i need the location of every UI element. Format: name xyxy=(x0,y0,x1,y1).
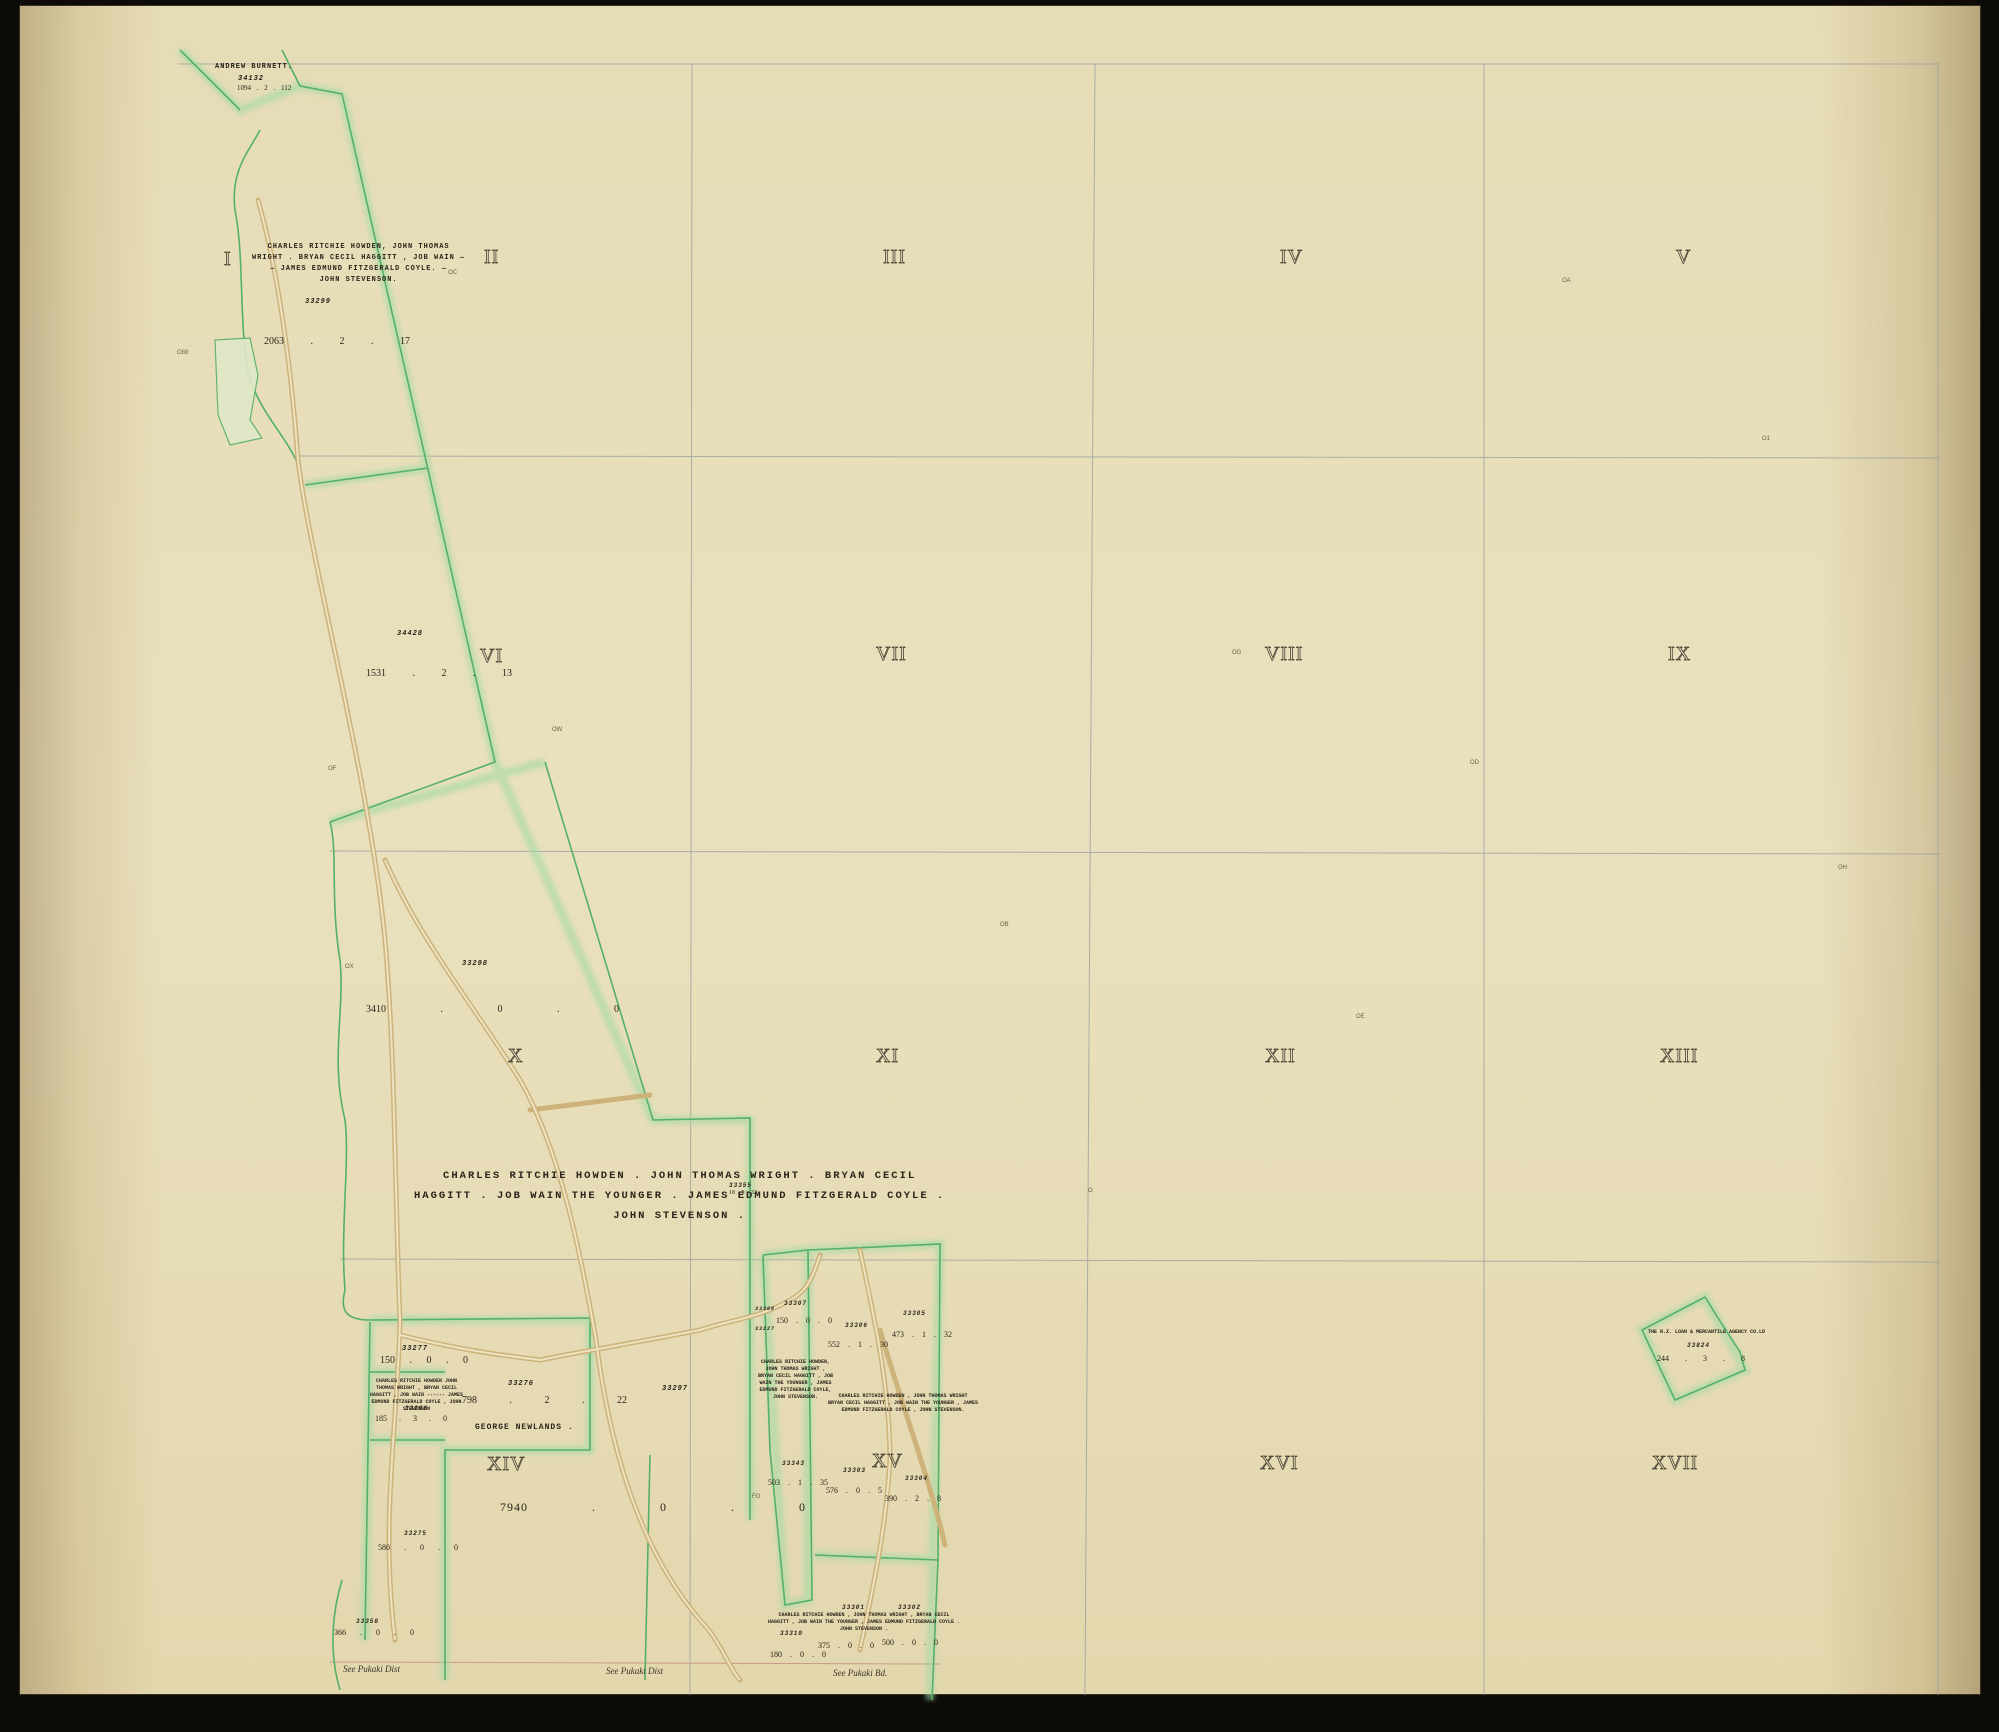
parcel-lot-number: 33355 xyxy=(729,1182,752,1189)
parcel-owner: CHARLES RITCHIE HOWDEN . JOHN THOMAS WRI… xyxy=(414,1166,945,1226)
parcel-owner: ANDREW BURNETT. xyxy=(215,62,293,73)
survey-marker-icon: OH xyxy=(1838,865,1847,871)
parcel-area: 2063 . 2 . 17 xyxy=(264,336,410,347)
survey-marker-icon: FO xyxy=(752,1494,760,1500)
block-label-XIII: XIII xyxy=(1660,1045,1698,1068)
survey-marker-icon: OA xyxy=(1562,278,1571,284)
parcel-area: 244 . 3 . 8 xyxy=(1657,1354,1745,1363)
parcel-lot-number: 33299 xyxy=(305,298,331,306)
block-label-XI: XI xyxy=(876,1045,899,1068)
parcel-area: 150 . 0 . 0 xyxy=(380,1355,468,1366)
block-label-IV: IV xyxy=(1280,246,1303,269)
parcel-lot-number: 33824 xyxy=(1687,1342,1710,1349)
parcel-owner: CHARLES RITCHIE HOWDEN, JOHN THOMAS WRIG… xyxy=(252,242,465,286)
parcel-lot-number: 33358 xyxy=(356,1618,379,1625)
parcel-area: 1531 . 2 . 13 xyxy=(366,668,512,679)
block-label-XII: XII xyxy=(1265,1045,1296,1068)
survey-marker-icon: OD xyxy=(1470,760,1479,766)
parcel-lot-number: 33276 xyxy=(508,1380,534,1388)
parcel-boundaries xyxy=(180,50,1745,1700)
survey-marker-icon: OG xyxy=(1232,650,1241,656)
survey-marker-icon: O88 xyxy=(177,350,188,356)
block-label-VI: VI xyxy=(480,645,503,668)
parcel-lot-number: 33298 xyxy=(462,960,488,968)
parcel-lot-number: 33275 xyxy=(404,1530,427,1537)
parcel-lot-number: 33305 xyxy=(903,1310,926,1317)
survey-marker-icon: OX xyxy=(345,964,354,970)
block-label-IX: IX xyxy=(1668,643,1691,666)
parcel-area: 1094 . 2 . 112 xyxy=(237,84,291,92)
block-label-XIV: XIV xyxy=(487,1453,526,1476)
block-label-III: III xyxy=(883,246,906,269)
roads xyxy=(258,200,945,1680)
block-label-II: II xyxy=(484,246,499,269)
parcel-owner: THE N.Z. LOAN & MERCANTILE AGENCY CO.LD xyxy=(1648,1327,1765,1338)
parcel-lot-number: 33307 xyxy=(784,1300,807,1307)
parcel-lot-number: 33310 xyxy=(780,1630,803,1637)
parcel-owner: CHARLES RITCHIE HOWDEN , JOHN THOMAS WRI… xyxy=(828,1393,978,1414)
inset-parcels xyxy=(215,338,262,445)
block-label-VIII: VIII xyxy=(1265,643,1303,666)
parcel-area: 150 . 0 . 0 xyxy=(776,1316,832,1325)
block-label-VII: VII xyxy=(876,643,907,666)
survey-marker-icon: OF xyxy=(328,766,336,772)
survey-marker-icon: O xyxy=(1088,1188,1093,1194)
parcel-lot-number: 33308 xyxy=(755,1306,775,1312)
parcel-area: 580 . 0 . 0 xyxy=(378,1543,458,1552)
parcel-area: 3410 . 0 . 0 xyxy=(366,1004,619,1015)
block-label-I: I xyxy=(224,248,232,271)
block-label-XVII: XVII xyxy=(1652,1452,1698,1475)
parcel-lot-number: 33304 xyxy=(905,1475,928,1482)
parcel-lot-number: 33343 xyxy=(782,1460,805,1467)
parcel-lot-number: 33297 xyxy=(662,1385,688,1393)
parcel-area: 366 . 0 . 0 xyxy=(334,1628,414,1637)
parcel-area: 18 . 0 . 32 xyxy=(729,1190,757,1196)
parcel-area: 185 . 3 . 0 xyxy=(375,1414,447,1423)
parcel-lot-number: 33277 xyxy=(402,1345,428,1353)
parcel-lot-number: 33301 xyxy=(842,1604,865,1611)
survey-marker-icon: OW xyxy=(552,727,562,733)
parcel-owner: CHARLES RITCHIE HOWDEN, JOHN THOMAS WRIG… xyxy=(758,1359,833,1401)
block-label-XVI: XVI xyxy=(1260,1452,1299,1475)
parcel-lot-number: 33303 xyxy=(843,1467,866,1474)
parcel-area: 576 . 0 . 5 xyxy=(826,1486,882,1495)
parcel-area: 7940 . 0 . 0 xyxy=(500,1500,806,1515)
survey-marker-icon: O1 xyxy=(1762,436,1770,442)
parcel-area: 503 . 1 . 35 xyxy=(768,1478,828,1487)
parcel-boundaries-glow xyxy=(180,50,1745,1700)
block-label-XV: XV xyxy=(872,1450,903,1473)
parcel-area: 390 . 2 . 8 xyxy=(885,1494,941,1503)
district-note: See Pukaki Bd. xyxy=(833,1668,887,1678)
block-label-X: X xyxy=(508,1045,523,1068)
parcel-area: 552 . 1 . 30 xyxy=(828,1340,888,1349)
district-note: See Pukaki Dist xyxy=(606,1666,663,1676)
parcel-lot-number: 34428 xyxy=(397,630,423,638)
parcel-lot-number: 34132 xyxy=(238,75,264,83)
parcel-lot-number: 33302 xyxy=(898,1604,921,1611)
parcel-area: 473 . 1 . 32 xyxy=(892,1330,952,1339)
parcel-owner: GEORGE NEWLANDS . xyxy=(475,1422,574,1433)
parcel-area: 180 . 0 . 0 xyxy=(770,1650,826,1659)
parcel-area: 375 . 0 . 0 xyxy=(818,1641,874,1650)
district-note: See Pukaki Dist xyxy=(343,1664,400,1674)
survey-marker-icon: OC xyxy=(448,270,457,276)
block-label-V: V xyxy=(1676,246,1691,269)
survey-marker-icon: OE xyxy=(1356,1014,1365,1020)
parcel-lot-number: 33306 xyxy=(845,1322,868,1329)
survey-marker-icon: OB xyxy=(1000,922,1009,928)
parcel-area: 798 . 2 . 22 xyxy=(462,1395,627,1406)
parcel-lot-number: 33296 xyxy=(405,1405,428,1412)
parcel-lot-number: 33227 xyxy=(755,1326,775,1332)
parcel-area: 500 . 0 . 0 xyxy=(882,1638,938,1647)
